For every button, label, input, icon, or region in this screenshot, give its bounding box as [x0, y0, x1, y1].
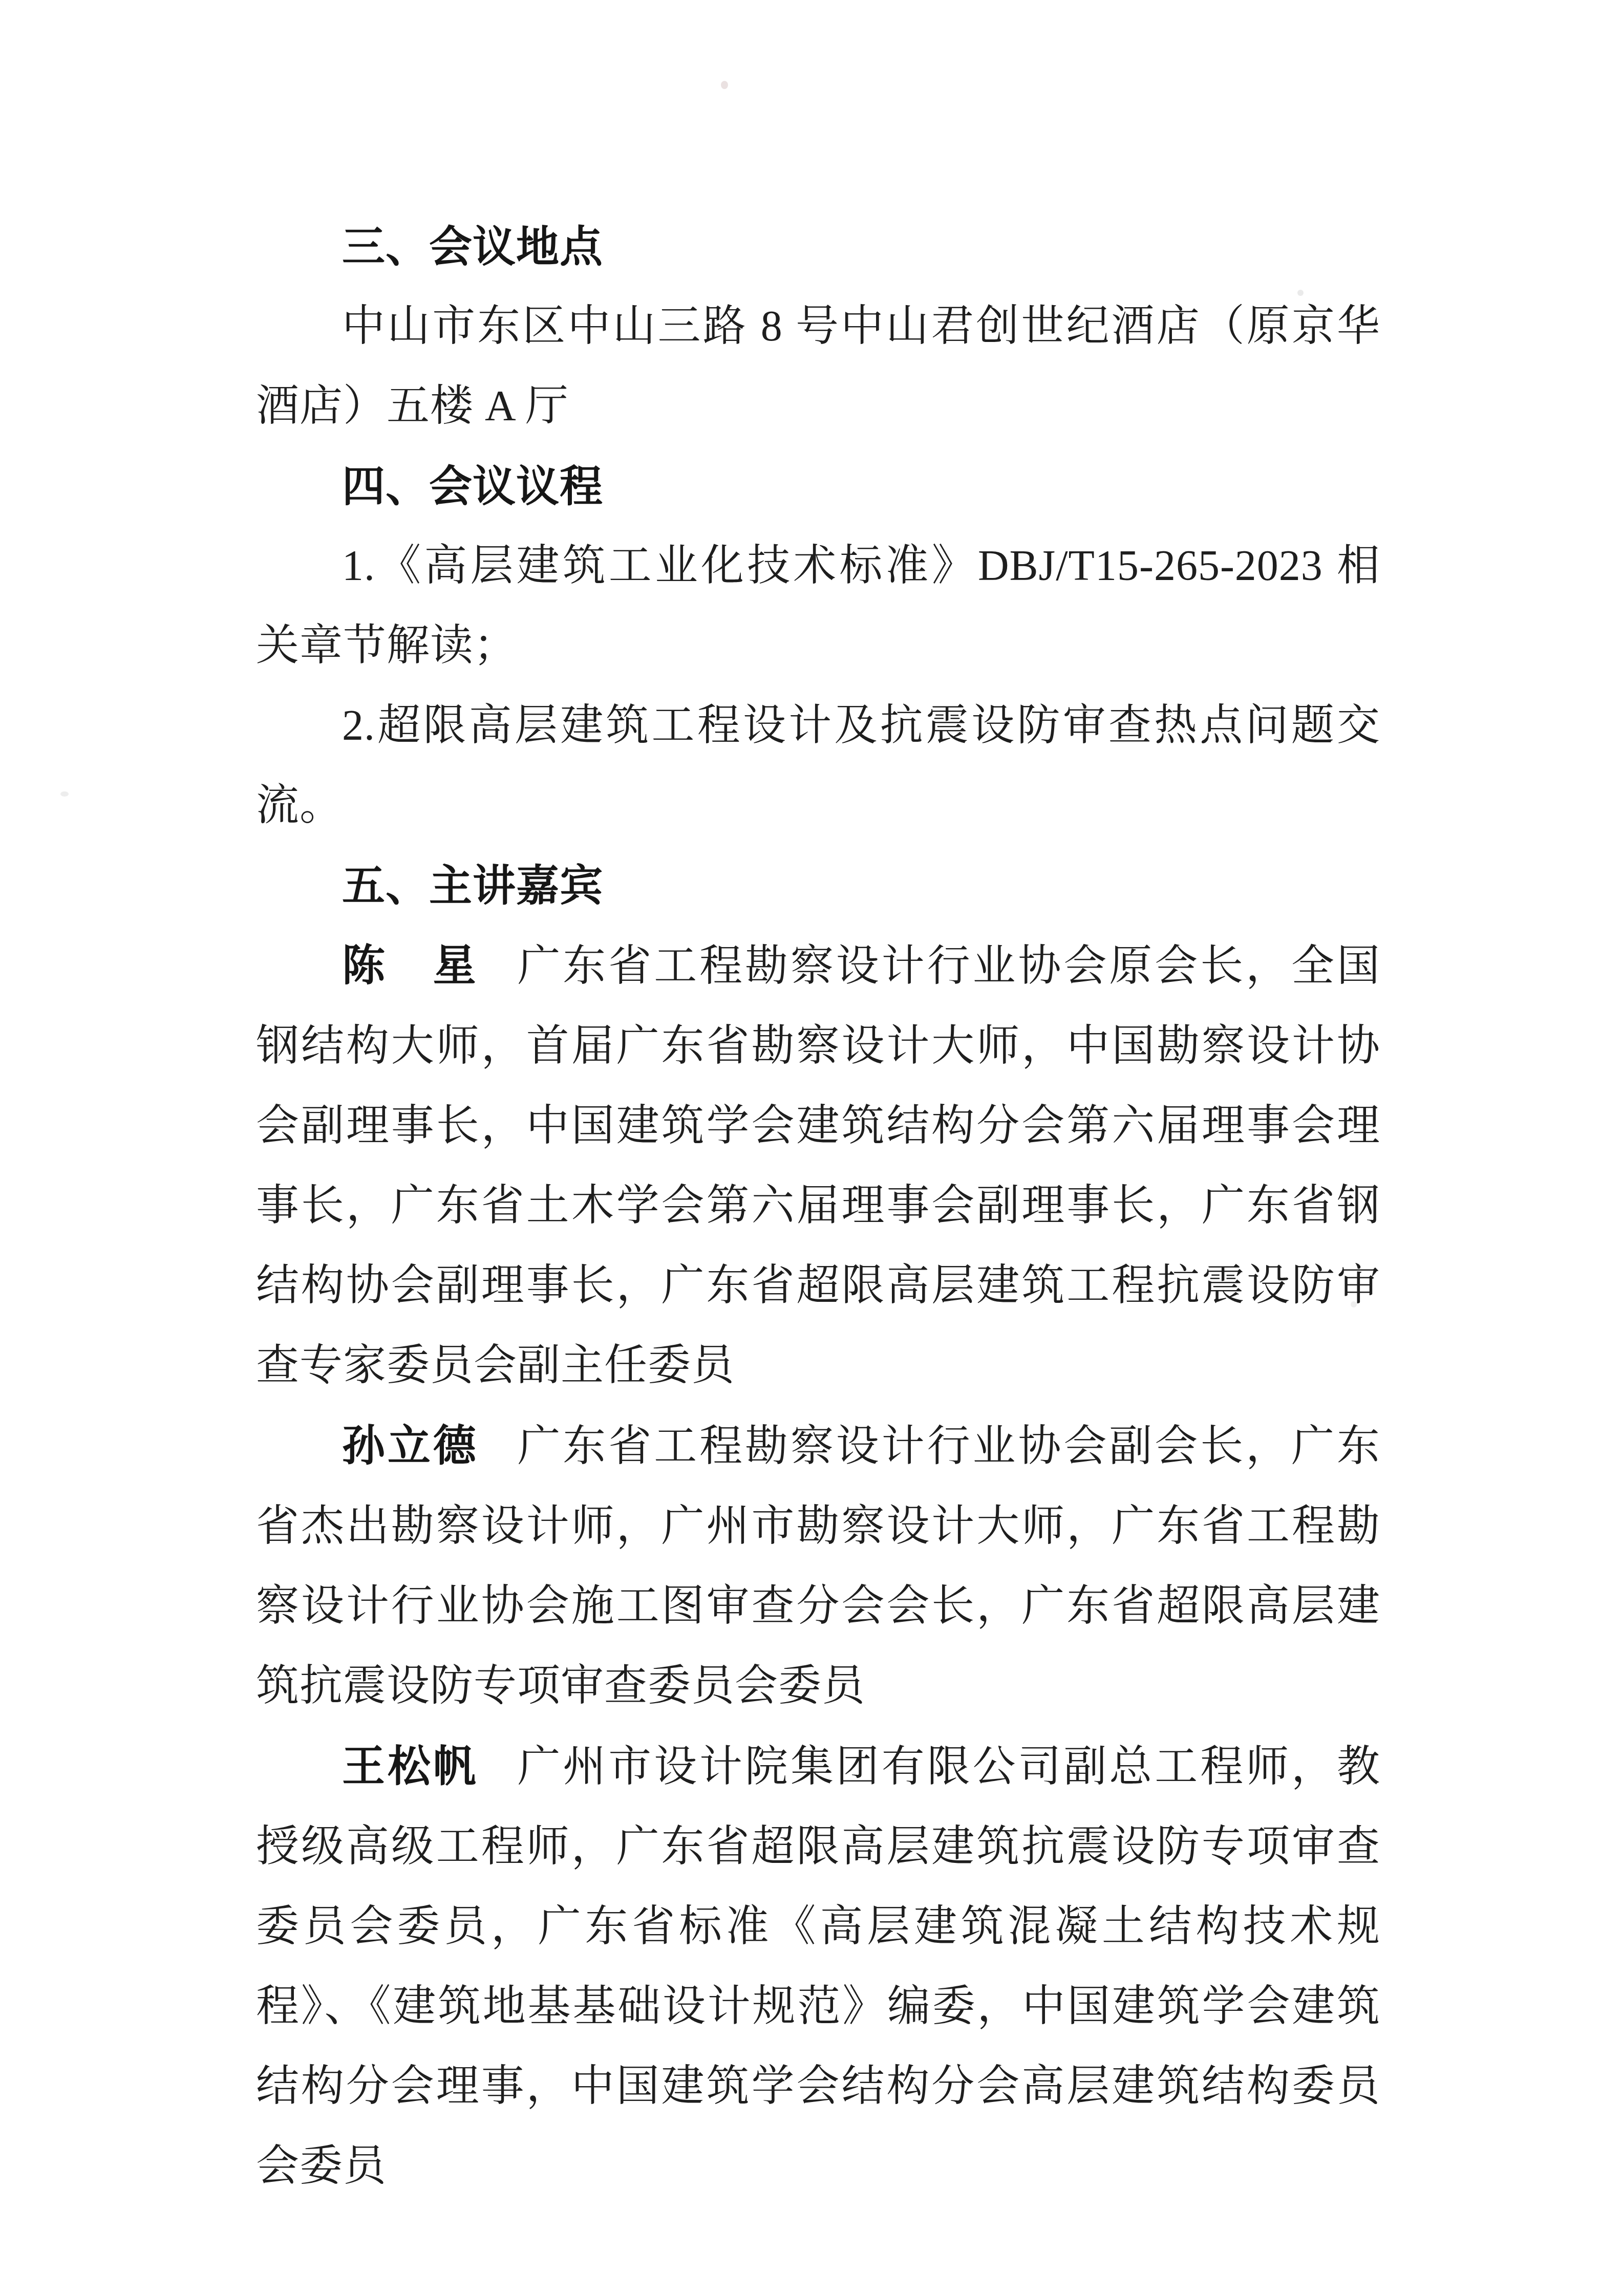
speaker-name: 孙立德 — [342, 1422, 479, 1470]
scanned-document-page: 三、会议地点 中山市东区中山三路 8 号中山君创世纪酒店（原京华酒店）五楼 A … — [0, 0, 1622, 2296]
speaker-paragraph-wang-songfan: 王松帆广州市设计院集团有限公司副总工程师，教授级高级工程师，广东省超限高层建筑抗… — [256, 1726, 1380, 2206]
meeting-location-paragraph: 中山市东区中山三路 8 号中山君创世纪酒店（原京华酒店）五楼 A 厅 — [256, 287, 1380, 446]
section-heading-meeting-agenda: 四、会议议程 — [256, 446, 1380, 526]
speaker-paragraph-sun-lide: 孙立德广东省工程勘察设计行业协会副会长，广东省杰出勘察设计师，广州市勘察设计大师… — [256, 1406, 1380, 1726]
scan-speck — [60, 791, 69, 797]
section-heading-keynote-speakers: 五、主讲嘉宾 — [256, 846, 1380, 926]
scan-speck — [721, 81, 728, 89]
document-text-block: 三、会议地点 中山市东区中山三路 8 号中山君创世纪酒店（原京华酒店）五楼 A … — [256, 207, 1380, 2206]
speaker-bio: 广州市设计院集团有限公司副总工程师，教授级高级工程师，广东省超限高层建筑抗震设防… — [256, 1743, 1380, 2190]
speaker-name: 王松帆 — [342, 1742, 479, 1790]
speaker-paragraph-chen-xing: 陈 星广东省工程勘察设计行业协会原会长，全国钢结构大师，首届广东省勘察设计大师，… — [256, 926, 1380, 1406]
speaker-name: 陈 星 — [342, 941, 479, 990]
agenda-item-2: 2.超限高层建筑工程设计及抗震设防审查热点问题交流。 — [256, 686, 1380, 846]
speaker-bio: 广东省工程勘察设计行业协会原会长，全国钢结构大师，首届广东省勘察设计大师，中国勘… — [256, 942, 1380, 1389]
section-heading-meeting-location: 三、会议地点 — [256, 207, 1380, 287]
agenda-item-1: 1.《高层建筑工业化技术标准》DBJ/T15-265-2023 相关章节解读； — [256, 526, 1380, 686]
